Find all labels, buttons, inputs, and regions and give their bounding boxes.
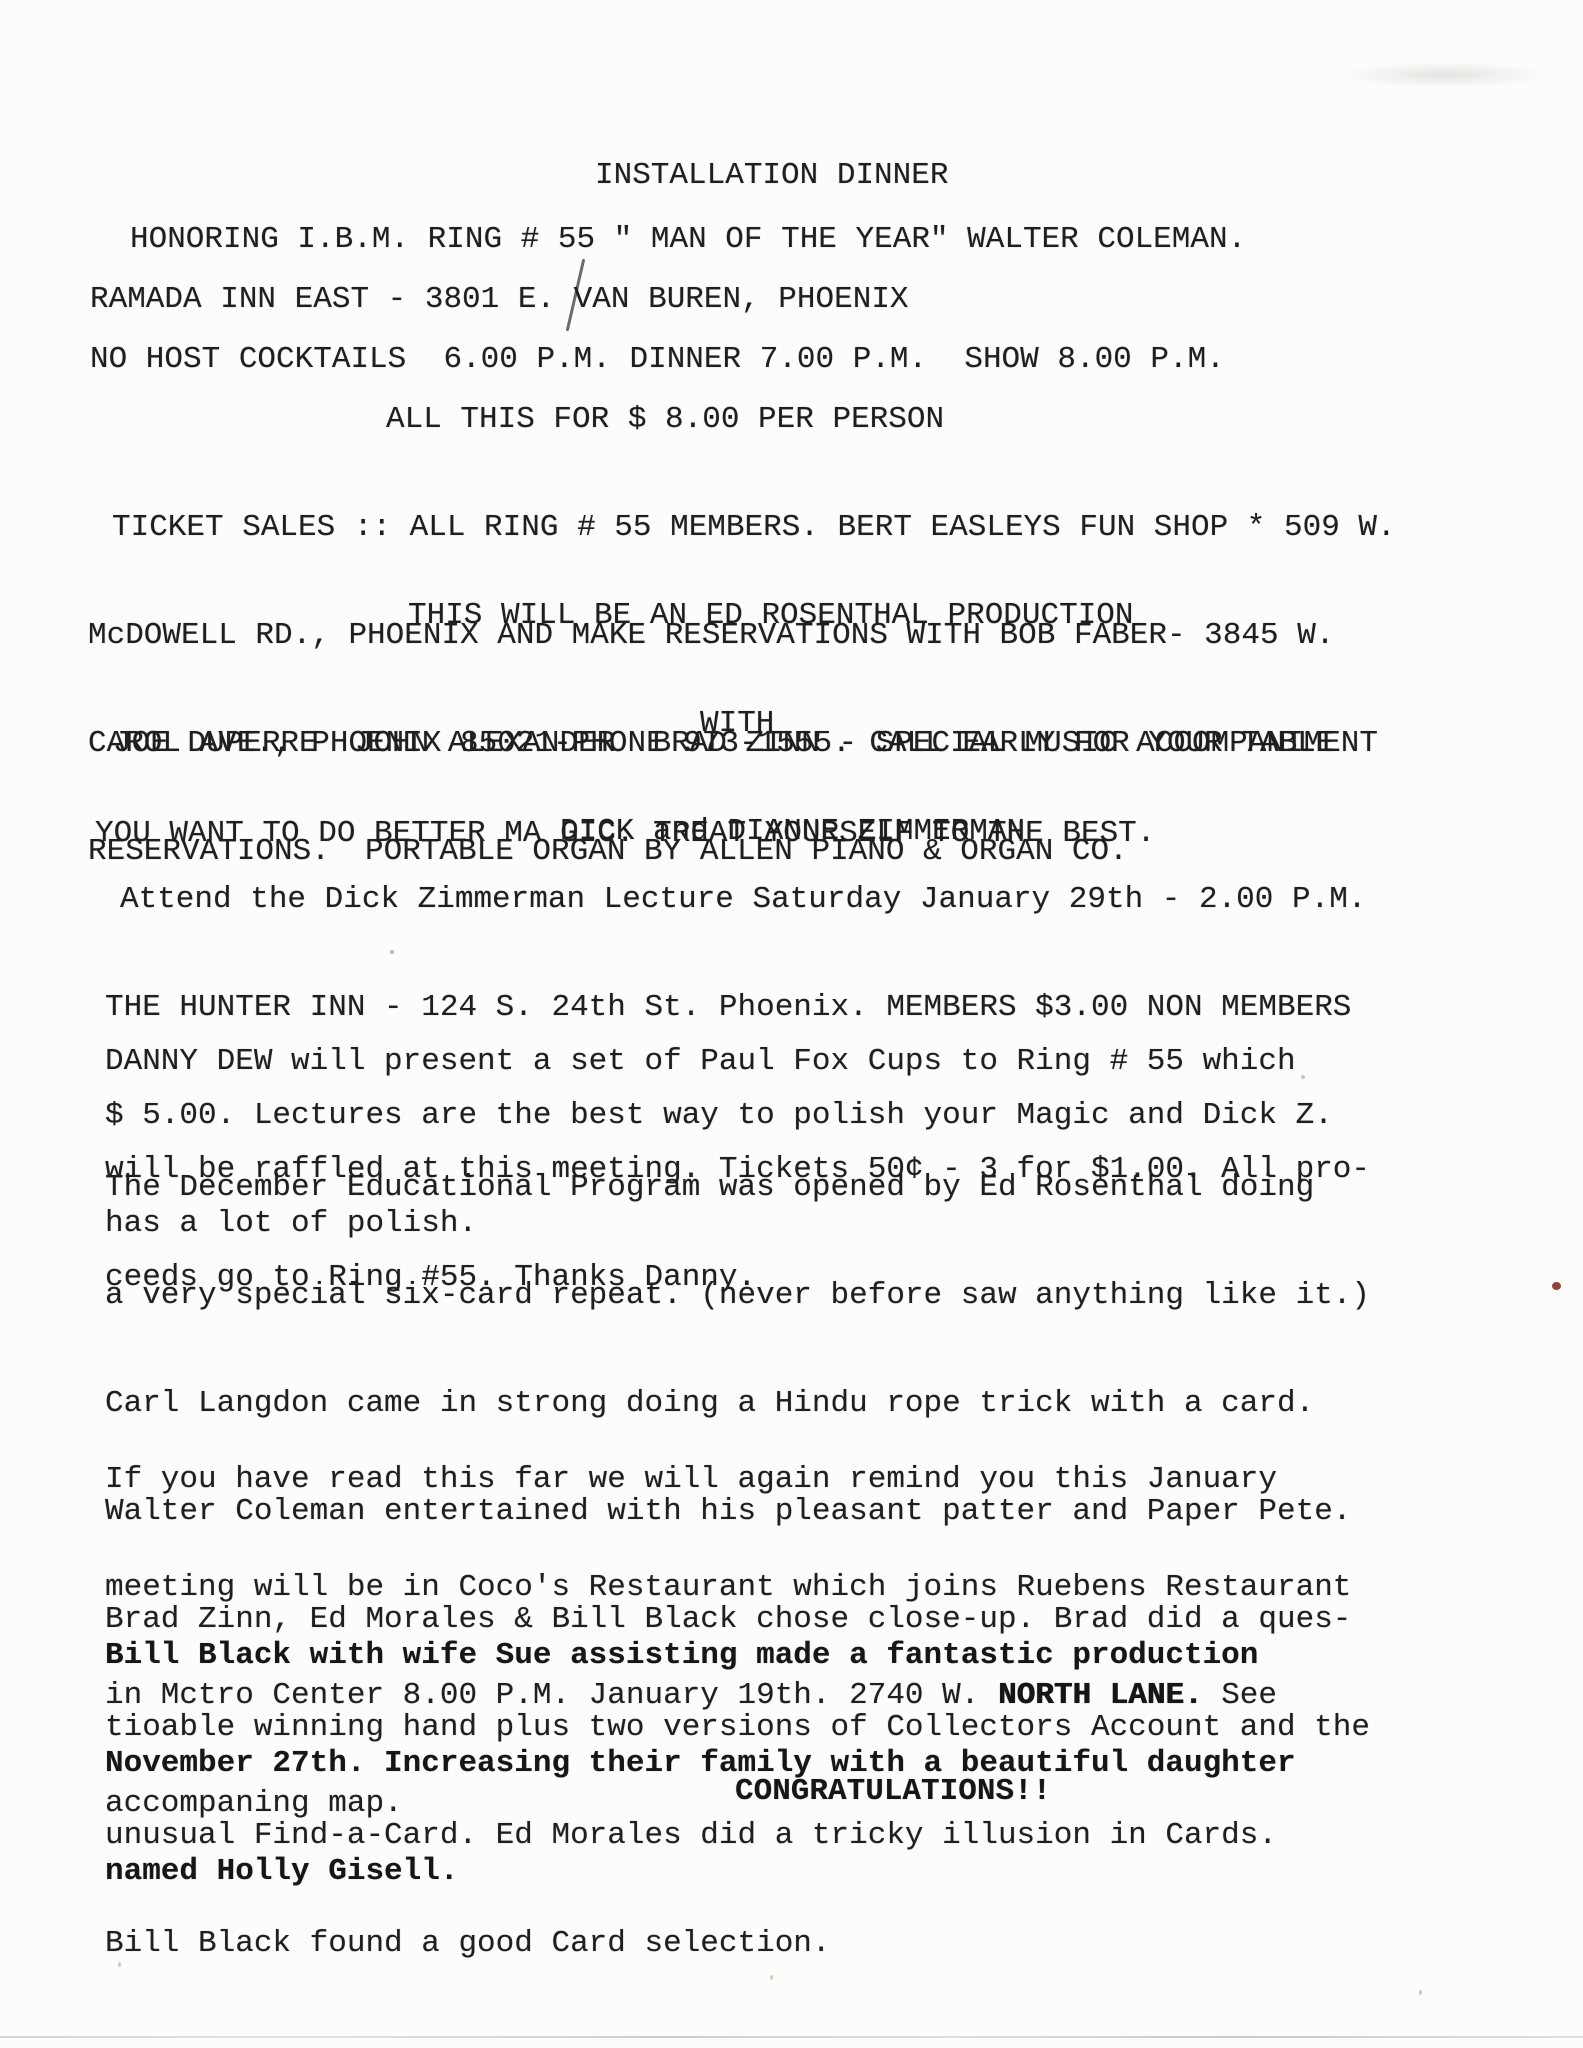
scan-smudge xyxy=(1340,62,1550,88)
birth-line: Bill Black with wife Sue assisting made … xyxy=(105,1638,1296,1674)
december-line: a very special six-card repeat. (never b… xyxy=(105,1278,1370,1314)
birth-line: November 27th. Increasing their family w… xyxy=(105,1746,1296,1782)
congratulations-line: CONGRATULATIONS!! xyxy=(735,1774,1051,1810)
raffle-line: DANNY DEW will present a set of Paul Fox… xyxy=(105,1044,1370,1080)
production-line: THIS WILL BE AN ED ROSENTHAL PRODUCTION xyxy=(408,598,1134,634)
birth-line: named Holly Gisell. xyxy=(105,1854,1296,1890)
scan-edge-line xyxy=(0,2036,1583,2038)
document-page: INSTALLATION DINNER HONORING I.B.M. RING… xyxy=(0,0,1583,2048)
price-line: ALL THIS FOR $ 8.00 PER PERSON xyxy=(88,402,1396,438)
birth-announcement-block: Bill Black with wife Sue assisting made … xyxy=(105,1566,1296,1962)
scan-speck xyxy=(1419,1990,1422,1995)
lecture-line: Attend the Dick Zimmerman Lecture Saturd… xyxy=(105,882,1366,918)
red-ink-speck xyxy=(1552,1282,1561,1290)
congratulations-block: CONGRATULATIONS!! xyxy=(735,1702,1051,1882)
december-line: The December Educational Program was ope… xyxy=(105,1170,1370,1206)
january-line: If you have read this far we will again … xyxy=(105,1462,1351,1498)
